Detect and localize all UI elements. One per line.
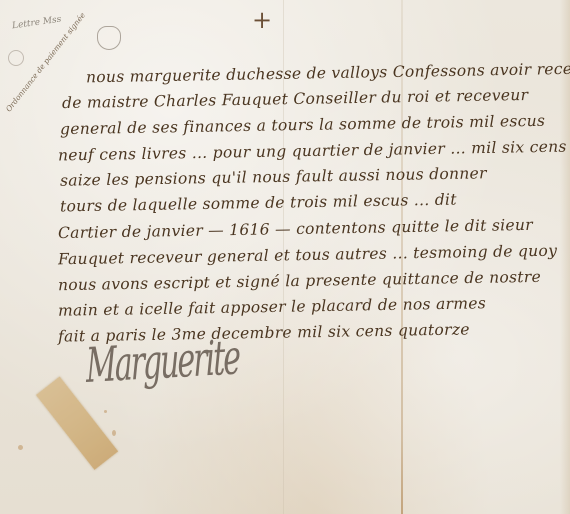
text-line: nous avons escript et signé la presente … xyxy=(58,268,541,294)
scribble-mark-icon xyxy=(97,26,121,50)
cross-mark-icon: + xyxy=(252,8,272,32)
stain-spot xyxy=(18,445,23,450)
manuscript-page: Lettre Mss Ordonnance de paiement signée… xyxy=(0,0,570,514)
pencil-circle-icon xyxy=(8,50,24,66)
text-line: de maistre Charles Fauquet Conseiller du… xyxy=(62,86,529,112)
text-line: Cartier de janvier — 1616 — contentons q… xyxy=(58,216,533,242)
text-line: main et a icelle fait apposer le placard… xyxy=(58,294,486,319)
text-line: nous marguerite duchesse de valloys Conf… xyxy=(86,60,570,87)
text-line: Fauquet receveur general et tous autres … xyxy=(58,242,557,269)
stain-spot xyxy=(112,430,116,436)
text-line: saize les pensions qu'il nous fault auss… xyxy=(60,164,487,189)
text-line: tours de laquelle somme de trois mil esc… xyxy=(60,191,457,216)
text-line: general de ses finances a tours la somme… xyxy=(60,112,545,138)
stain-spot xyxy=(104,410,107,413)
signature: Marguerite xyxy=(85,330,239,395)
pencil-note: Lettre Mss xyxy=(12,15,62,32)
text-line: neuf cens livres ... pour ung quartier d… xyxy=(58,138,567,165)
